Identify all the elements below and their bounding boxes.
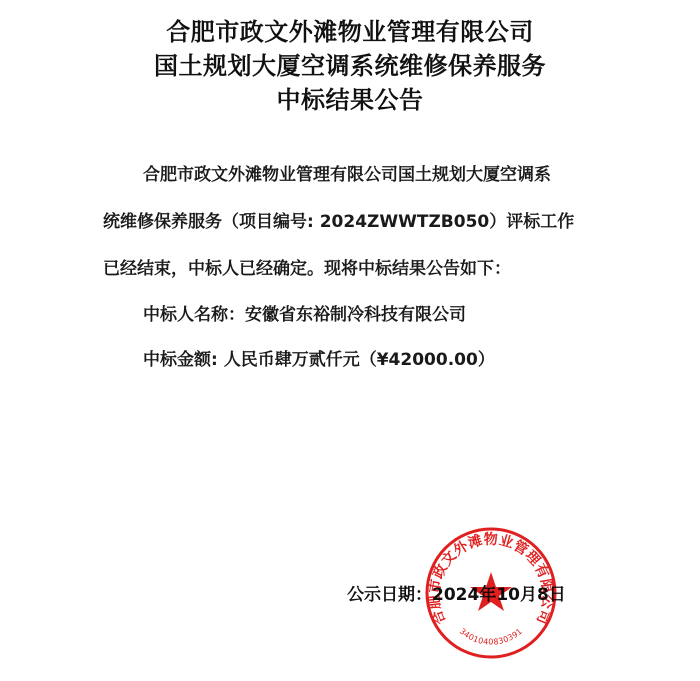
winner-value: 安徽省东裕制冷科技有限公司 (245, 305, 466, 325)
body-line-1: 合肥市政文外滩物业管理有限公司国土规划大厦空调系 (143, 160, 551, 185)
body-line-3: 已经结束，中标人已经确定。现将中标结果公告如下： (103, 254, 511, 279)
publish-date-label: 公示日期： (347, 585, 432, 605)
svg-text:3401040830391: 3401040830391 (458, 627, 524, 647)
amount-value: 人民币肆万贰仟元（¥42000.00） (224, 350, 495, 370)
body-line-2: 统维修保养服务（项目编号: 2024ZWWTZB050）评标工作 (103, 207, 574, 232)
notice-title-project: 国土规划大厦空调系统维修保养服务 (0, 46, 700, 81)
official-seal-icon: 合肥市政文外滩物业管理有限公司 3401040830391 (424, 526, 558, 660)
amount-label: 中标金额: (143, 350, 224, 370)
notice-title-type: 中标结果公告 (0, 80, 700, 115)
amount-row: 中标金额: 人民币肆万贰仟元（¥42000.00） (143, 345, 495, 370)
winner-row: 中标人名称：安徽省东裕制冷科技有限公司 (143, 300, 466, 325)
winner-label: 中标人名称： (143, 305, 245, 325)
seal-code-text: 3401040830391 (458, 627, 524, 647)
notice-title-company: 合肥市政文外滩物业管理有限公司 (0, 12, 700, 47)
seal-star-icon (470, 572, 512, 611)
